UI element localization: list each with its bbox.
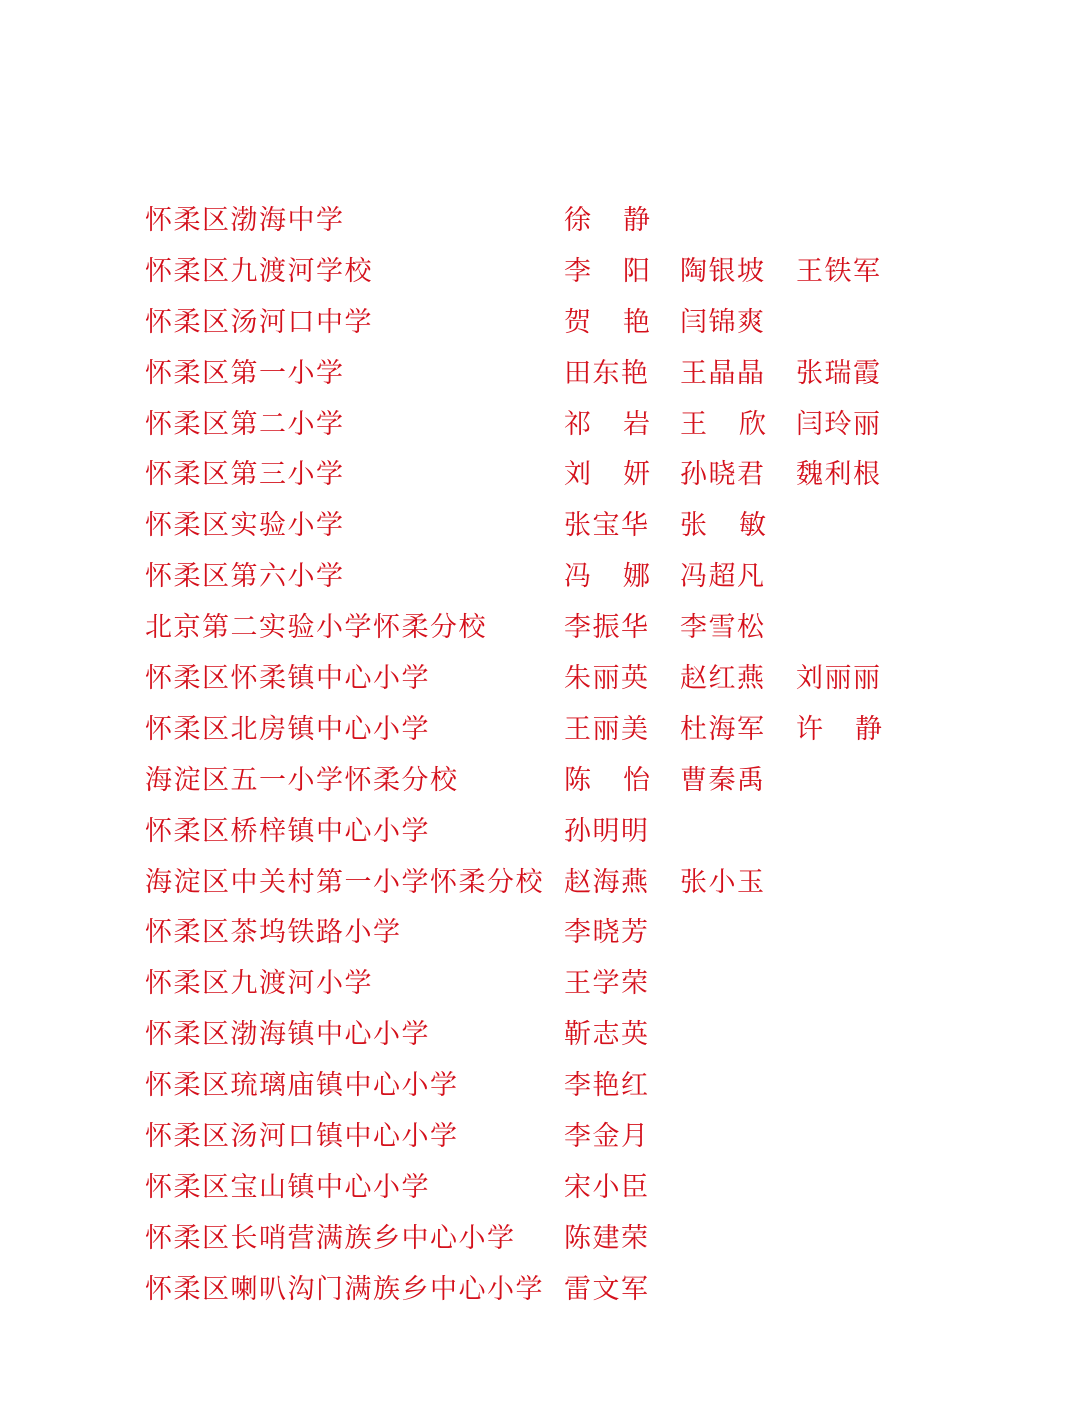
- list-row: 怀柔区第六小学冯娜冯超凡: [145, 552, 945, 603]
- list-row: 海淀区中关村第一小学怀柔分校赵海燕张小玉: [145, 858, 945, 909]
- school-name: 怀柔区长哨营满族乡中心小学: [145, 1214, 516, 1265]
- school-name: 怀柔区九渡河学校: [145, 247, 373, 298]
- list-row: 怀柔区北房镇中心小学王丽美杜海军许静: [145, 705, 945, 756]
- school-name: 怀柔区琉璃庙镇中心小学: [145, 1061, 459, 1112]
- list-row: 怀柔区桥梓镇中心小学孙明明: [145, 807, 945, 858]
- school-name: 怀柔区汤河口中学: [145, 298, 373, 349]
- school-name: 怀柔区第三小学: [145, 450, 345, 501]
- list-row: 怀柔区渤海中学徐静: [145, 196, 945, 247]
- teacher-name: 王丽美: [564, 705, 650, 756]
- teacher-name: 魏利根: [796, 450, 882, 501]
- list-row: 怀柔区汤河口镇中心小学李金月: [145, 1112, 945, 1163]
- teacher-name: 宋小臣: [564, 1163, 650, 1214]
- school-name: 怀柔区九渡河小学: [145, 959, 373, 1010]
- school-name: 怀柔区第二小学: [145, 400, 345, 451]
- teacher-name: 许静: [796, 705, 882, 756]
- teacher-name: 孙晓君: [680, 450, 766, 501]
- list-row: 怀柔区汤河口中学贺艳闫锦爽: [145, 298, 945, 349]
- teacher-name: 刘妍: [564, 450, 650, 501]
- teacher-name: 张敏: [680, 501, 766, 552]
- teacher-name: 赵红燕: [680, 654, 766, 705]
- school-name: 北京第二实验小学怀柔分校: [145, 603, 487, 654]
- school-name: 怀柔区宝山镇中心小学: [145, 1163, 430, 1214]
- teacher-name: 祁岩: [564, 400, 650, 451]
- school-name: 怀柔区怀柔镇中心小学: [145, 654, 430, 705]
- school-name: 怀柔区第六小学: [145, 552, 345, 603]
- list-row: 怀柔区怀柔镇中心小学朱丽英赵红燕刘丽丽: [145, 654, 945, 705]
- teacher-name: 闫锦爽: [680, 298, 766, 349]
- teacher-name: 张小玉: [680, 858, 766, 909]
- teacher-name: 王晶晶: [680, 349, 766, 400]
- school-name: 怀柔区北房镇中心小学: [145, 705, 430, 756]
- teacher-name: 王铁军: [796, 247, 882, 298]
- teacher-name: 陈建荣: [564, 1214, 650, 1265]
- list-row: 怀柔区长哨营满族乡中心小学陈建荣: [145, 1214, 945, 1265]
- teacher-name: 徐静: [564, 196, 650, 247]
- list-row: 北京第二实验小学怀柔分校李振华李雪松: [145, 603, 945, 654]
- list-row: 怀柔区茶坞铁路小学李晓芳: [145, 908, 945, 959]
- teacher-name: 李振华: [564, 603, 650, 654]
- teacher-name: 张宝华: [564, 501, 650, 552]
- teacher-name: 张瑞霞: [796, 349, 882, 400]
- teacher-name: 杜海军: [680, 705, 766, 756]
- teacher-name: 王欣: [680, 400, 766, 451]
- teacher-name: 李艳红: [564, 1061, 650, 1112]
- teacher-name: 陈怡: [564, 756, 650, 807]
- list-row: 怀柔区九渡河小学王学荣: [145, 959, 945, 1010]
- teacher-name: 冯娜: [564, 552, 650, 603]
- school-name: 海淀区五一小学怀柔分校: [145, 756, 459, 807]
- teacher-name: 刘丽丽: [796, 654, 882, 705]
- list-row: 怀柔区渤海镇中心小学靳志英: [145, 1010, 945, 1061]
- list-row: 怀柔区第一小学田东艳王晶晶张瑞霞: [145, 349, 945, 400]
- teacher-name: 李晓芳: [564, 908, 650, 959]
- teacher-name: 雷文军: [564, 1265, 650, 1316]
- school-name: 怀柔区渤海镇中心小学: [145, 1010, 430, 1061]
- school-name: 怀柔区汤河口镇中心小学: [145, 1112, 459, 1163]
- teacher-name: 李阳: [564, 247, 650, 298]
- list-row: 怀柔区宝山镇中心小学宋小臣: [145, 1163, 945, 1214]
- list-row: 怀柔区第三小学刘妍孙晓君魏利根: [145, 450, 945, 501]
- list-row: 怀柔区琉璃庙镇中心小学李艳红: [145, 1061, 945, 1112]
- list-row: 怀柔区九渡河学校李阳陶银坡王铁军: [145, 247, 945, 298]
- school-name: 怀柔区渤海中学: [145, 196, 345, 247]
- list-row: 怀柔区实验小学张宝华张敏: [145, 501, 945, 552]
- teacher-name: 冯超凡: [680, 552, 766, 603]
- teacher-name: 陶银坡: [680, 247, 766, 298]
- teacher-name: 李雪松: [680, 603, 766, 654]
- school-name: 怀柔区第一小学: [145, 349, 345, 400]
- school-teacher-list: 怀柔区渤海中学徐静怀柔区九渡河学校李阳陶银坡王铁军怀柔区汤河口中学贺艳闫锦爽怀柔…: [145, 196, 945, 1316]
- teacher-name: 田东艳: [564, 349, 650, 400]
- list-row: 海淀区五一小学怀柔分校陈怡曹秦禹: [145, 756, 945, 807]
- school-name: 怀柔区喇叭沟门满族乡中心小学: [145, 1265, 544, 1316]
- school-name: 海淀区中关村第一小学怀柔分校: [145, 858, 544, 909]
- school-name: 怀柔区桥梓镇中心小学: [145, 807, 430, 858]
- teacher-name: 曹秦禹: [680, 756, 766, 807]
- teacher-name: 靳志英: [564, 1010, 650, 1061]
- school-name: 怀柔区茶坞铁路小学: [145, 908, 402, 959]
- teacher-name: 王学荣: [564, 959, 650, 1010]
- list-row: 怀柔区喇叭沟门满族乡中心小学雷文军: [145, 1265, 945, 1316]
- list-row: 怀柔区第二小学祁岩王欣闫玲丽: [145, 400, 945, 451]
- teacher-name: 闫玲丽: [796, 400, 882, 451]
- school-name: 怀柔区实验小学: [145, 501, 345, 552]
- teacher-name: 孙明明: [564, 807, 650, 858]
- teacher-name: 赵海燕: [564, 858, 650, 909]
- teacher-name: 李金月: [564, 1112, 650, 1163]
- teacher-name: 贺艳: [564, 298, 650, 349]
- teacher-name: 朱丽英: [564, 654, 650, 705]
